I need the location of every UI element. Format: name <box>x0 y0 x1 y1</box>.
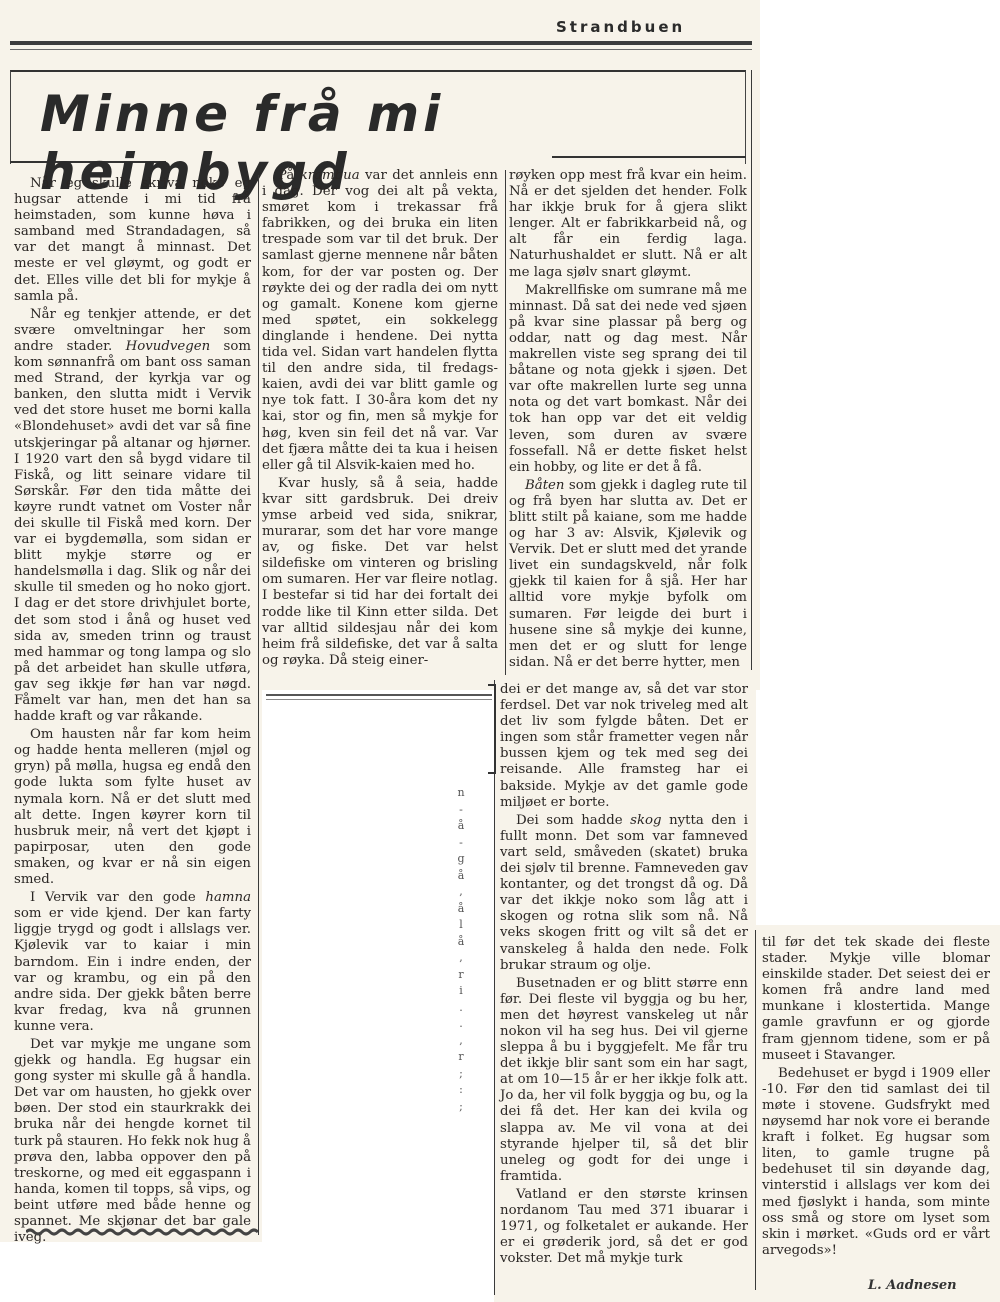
masthead-rule <box>10 41 752 45</box>
paragraph: røyken opp mest frå kvar ein heim. Nå er… <box>509 168 747 281</box>
paragraph: Båten som gjekk i dagleg rute til og frå… <box>509 478 747 671</box>
article-column-2: På krambua var det annleis enn i dag. De… <box>262 168 498 669</box>
paragraph: Makrellfiske om sumrane må me minnast. D… <box>509 283 747 476</box>
paragraph: Når eg skulle skriva noko eg hugsar atte… <box>14 176 251 305</box>
paragraph: Når eg tenkjer attende, er det svære omv… <box>14 307 251 725</box>
clipped-text-fragment: n-å-gå,ålå,ri..,r;:; <box>454 785 468 1115</box>
column-divider-1 <box>258 175 259 1235</box>
column-divider-3 <box>751 70 752 670</box>
paragraph: Det var mykje me ungane som gjekk og han… <box>14 1037 251 1246</box>
article-column-3: røyken opp mest frå kvar ein heim. Nå er… <box>509 168 747 671</box>
paragraph: dei er det mange av, så det var stor fer… <box>500 682 748 811</box>
author-signature: L. Aadnesen <box>868 1278 957 1293</box>
article-column-1: Når eg skulle skriva noko eg hugsar atte… <box>14 176 251 1246</box>
article-column-4: dei er det mange av, så det var stor fer… <box>500 682 748 1267</box>
paragraph: Om hausten når far kom heim og hadde hen… <box>14 727 251 888</box>
article-column-5: til før det tek skade dei fleste stader.… <box>762 935 990 1259</box>
paragraph: til før det tek skade dei fleste stader.… <box>762 935 990 1064</box>
paragraph: Kvar husly, så å seia, hadde kvar sitt g… <box>262 476 498 669</box>
masthead-rule-thin <box>10 49 752 50</box>
masthead: Strandbuen <box>556 18 685 36</box>
paragraph: Bedehuset er bygd i 1909 eller -10. Før … <box>762 1066 990 1259</box>
section-rule <box>266 694 492 696</box>
column-divider-5 <box>755 930 756 1290</box>
paragraph: Dei som hadde skog nytta den i fullt mon… <box>500 813 748 974</box>
paragraph: I Vervik var den gode hamna som er vide … <box>14 890 251 1035</box>
column-divider-2 <box>505 170 506 675</box>
end-ornament <box>26 1228 258 1236</box>
bracket <box>488 684 496 774</box>
paragraph: Busetnaden er og blitt større enn før. D… <box>500 976 748 1185</box>
section-rule-thin <box>266 699 492 700</box>
paragraph: På krambua var det annleis enn i dag. De… <box>262 168 498 474</box>
paragraph: Vatland er den største krinsen nordanom … <box>500 1187 748 1267</box>
